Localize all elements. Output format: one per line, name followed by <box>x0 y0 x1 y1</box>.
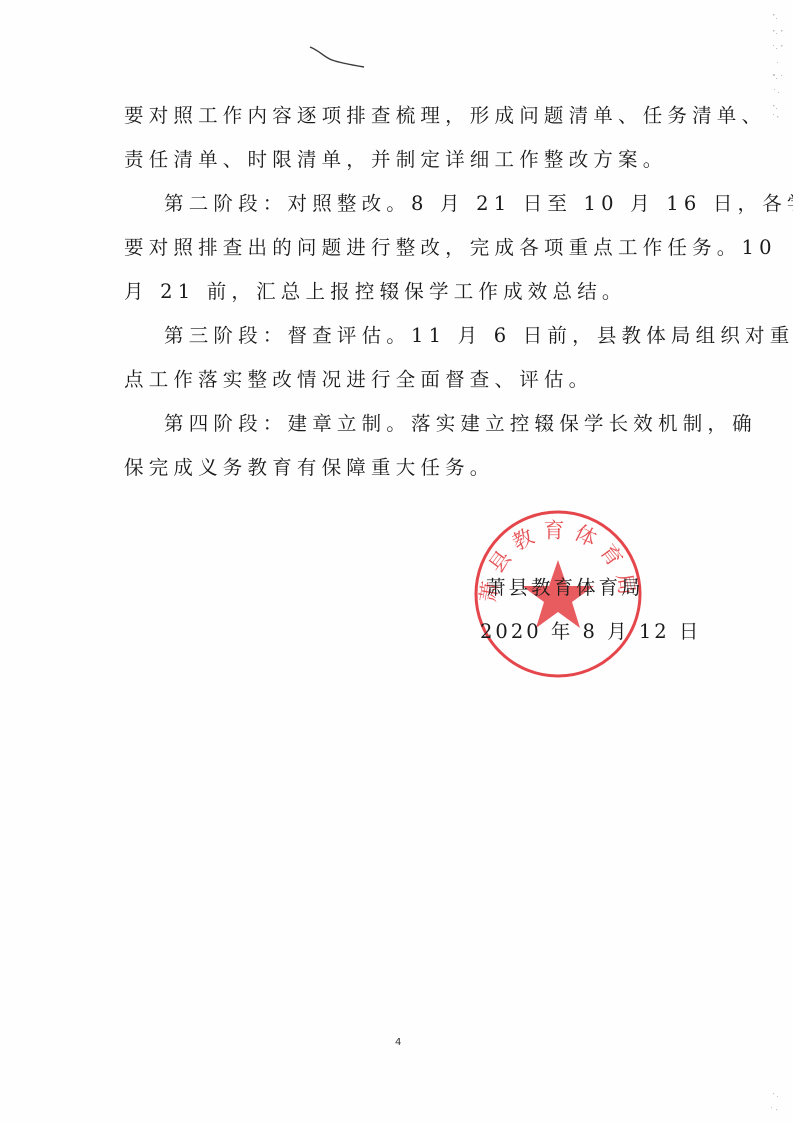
stage-4-heading-line: 第四阶段：建章立制。落实建立控辍保学长效机制，确 <box>164 414 757 434</box>
body-text-line: 要对照工作内容逐项排查梳理，形成问题清单、任务清单、 <box>124 106 766 126</box>
body-text-line: 点工作落实整改情况进行全面督查、评估。 <box>124 370 593 390</box>
scan-specks <box>759 1085 789 1122</box>
page-number: 4 <box>395 1037 401 1048</box>
document-page: 要对照工作内容逐项排查梳理，形成问题清单、任务清单、 责任清单、时限清单，并制定… <box>0 0 793 1122</box>
body-text-line: 月 21 前，汇总上报控辍保学工作成效总结。 <box>124 282 627 302</box>
scan-mark <box>308 45 368 70</box>
stage-3-heading-line: 第三阶段：督查评估。11 月 6 日前，县教体局组织对重 <box>164 326 793 346</box>
body-text-line: 要对照排查出的问题进行整改，完成各项重点工作任务。10 <box>124 238 777 258</box>
body-text-line: 责任清单、时限清单，并制定详细工作整改方案。 <box>124 150 667 170</box>
issue-date: 2020 年 8 月 12 日 <box>480 622 701 642</box>
stage-2-heading-line: 第二阶段：对照整改。8 月 21 日至 10 月 16 日，各学校 <box>164 194 793 214</box>
issuing-organization: 萧县教育体育局 <box>486 578 644 598</box>
body-text-line: 保完成义务教育有保障重大任务。 <box>124 458 495 478</box>
